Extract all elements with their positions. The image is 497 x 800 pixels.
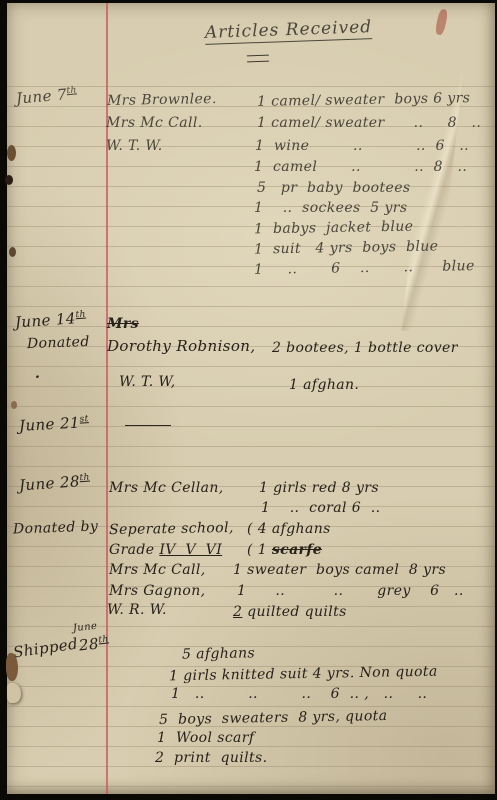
item-line: 1 wine .. .. 6 .. [255, 139, 469, 153]
item-text: quilted quilts [242, 604, 346, 620]
donor-name: Dorothy Robnison, [107, 339, 256, 354]
date-suffix: th [79, 473, 90, 484]
grade-numerals: IV V VI [159, 542, 222, 558]
item-line: 1 afghan. [289, 378, 359, 392]
item-line: 1 camel .. .. 8 .. [254, 160, 467, 174]
item-line: 5 afghans [182, 646, 255, 661]
date-suffix: th [66, 85, 77, 96]
donor-name: Mrs Brownlee. [107, 92, 217, 108]
item-line: ( 4 afghans [247, 522, 331, 536]
date-suffix: th [75, 310, 86, 321]
item-line: 2 print quilts. [155, 751, 267, 765]
torn-edge-spot [7, 145, 16, 161]
date-text: June 21 [19, 414, 81, 435]
item-line: 5 pr baby bootees [257, 181, 411, 195]
item-line: 1 .. coral 6 .. [261, 501, 380, 515]
nil-entry-dash [125, 425, 171, 426]
item-line: 1 .. 6 .. .. blue [254, 259, 475, 277]
torn-edge-spot [6, 653, 18, 681]
entry-date-june21: June 21st [19, 415, 90, 434]
paper-sheet: Articles Received June 7th Mrs Brownlee.… [7, 3, 495, 794]
item-prefix: ( 1 [247, 542, 272, 558]
donor-name: W. R. W. [107, 603, 167, 617]
shipped-day: 28th [78, 635, 110, 653]
item-line: 1 .. .. .. 6 .. , .. .. [171, 687, 427, 701]
donor-name: Seperate school, [109, 521, 234, 537]
date-suffix: st [79, 414, 89, 424]
item-line: 1 Wool scarf [157, 731, 254, 745]
red-ink-smudge [434, 8, 448, 35]
item-line: 1 suit 4 yrs boys blue [254, 239, 439, 256]
scanned-ledger-page: Articles Received June 7th Mrs Brownlee.… [0, 0, 497, 800]
item-line: 5 boys sweaters 8 yrs, quota [159, 709, 388, 727]
item-line: 1 .. .. grey 6 .. [237, 584, 464, 598]
day-text: 28 [78, 635, 100, 655]
title-equals-mark [247, 55, 269, 63]
donor-name: Mrs Mc Call, [109, 563, 206, 577]
donated-by-label: Donated by [13, 520, 99, 537]
item-line: 1 sweater boys camel 8 yrs [233, 563, 446, 577]
grade-line: Grade IV V VI [109, 543, 222, 557]
page-title: Articles Received [205, 19, 373, 45]
donor-name: W. T. W. [106, 139, 163, 153]
struck-word: Mrs [107, 317, 139, 331]
donor-name: Mrs Mc Call. [106, 116, 203, 130]
donor-name: Mrs Gagnon, [109, 584, 205, 598]
item-line: 1 camel/ sweater .. 8 .. [257, 116, 481, 130]
struck-item-line: ( 1 scarfe [247, 543, 322, 557]
item-line: 1 babys jacket blue [254, 220, 414, 237]
torn-edge-spot [7, 683, 21, 703]
donated-label: Donated [27, 335, 90, 351]
day-suffix: th [98, 634, 109, 645]
item-count: 2 [233, 604, 242, 620]
item-line: 2 quilted quilts [233, 605, 347, 619]
struck-word: scarfe [272, 542, 322, 558]
torn-edge-spot [5, 175, 13, 185]
grade-word: Grade [109, 542, 159, 558]
torn-edge-spot [9, 247, 16, 257]
tick-mark: . [35, 367, 40, 381]
torn-edge-spot [11, 401, 17, 409]
item-line: 1 camel/ sweater boys 6 yrs [257, 91, 471, 109]
donor-name: Mrs Mc Cellan, [109, 481, 224, 495]
item-line: 1 .. sockees 5 yrs [254, 201, 407, 215]
item-line: 2 bootees, 1 bottle cover [272, 341, 458, 355]
item-line: 1 girls red 8 yrs [259, 481, 379, 495]
donor-name: W. T. W, [119, 375, 176, 389]
